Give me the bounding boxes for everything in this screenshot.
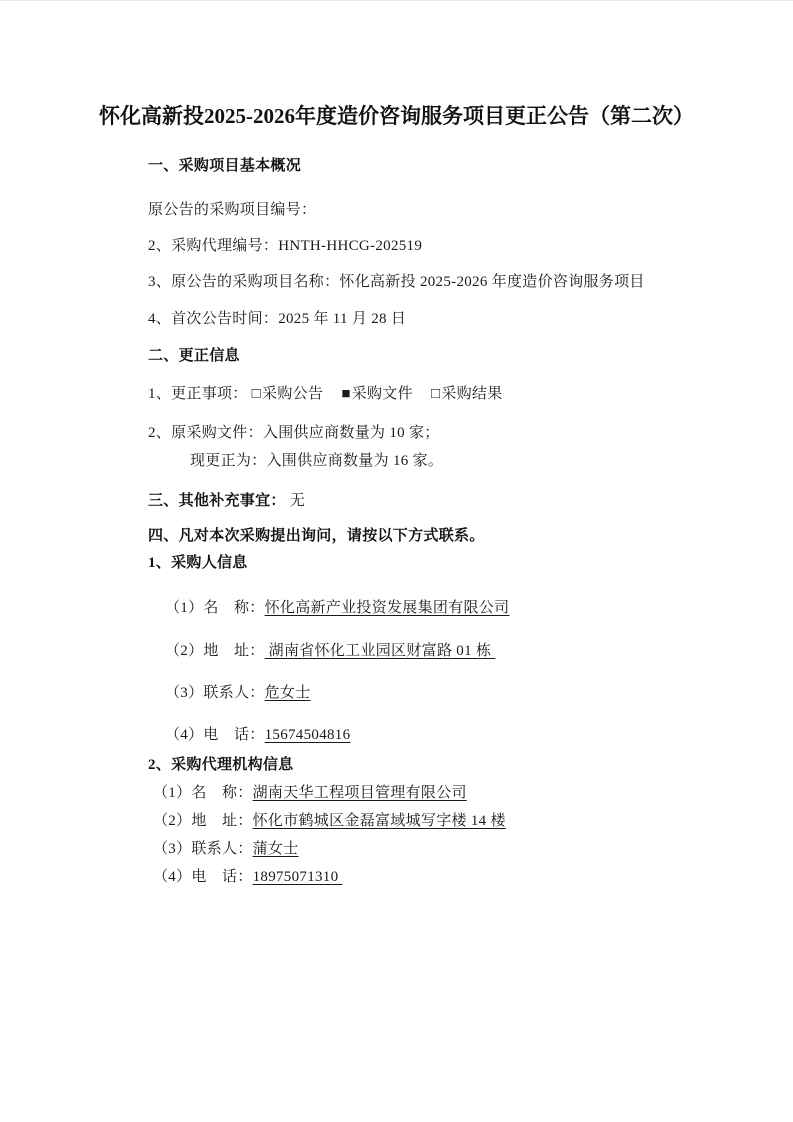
correction-option-document: ■采购文件 [341, 386, 413, 402]
agency-name-line: （1）名 称：湖南天华工程项目管理有限公司 [153, 784, 723, 802]
agency-heading: 2、采购代理机构信息 [148, 756, 723, 774]
checkbox-unchecked-icon: □ [431, 386, 440, 402]
contact-field-value: 15674504816 [265, 727, 351, 743]
original-document-line: 2、原采购文件：入围供应商数量为 10 家； [148, 424, 723, 442]
correction-items-line: 1、更正事项： □采购公告 ■采购文件 □采购结果 [148, 385, 723, 403]
section-3-heading: 三、其他补充事宜： [148, 493, 286, 509]
original-project-name-line: 3、原公告的采购项目名称：怀化高新投 2025-2026 年度造价咨询服务项目 [148, 273, 723, 291]
agency-phone-line: （4）电 话：18975071310 [153, 868, 723, 886]
contact-field-value: 湖南省怀化工业园区财富路 01 栋 [265, 643, 496, 659]
correction-option-label: 采购文件 [352, 386, 413, 402]
contact-field-value: 怀化高新产业投资发展集团有限公司 [265, 600, 510, 616]
agency-no-line: 2、采购代理编号：HNTH-HHCG-202519 [148, 237, 723, 255]
section-1-heading: 一、采购项目基本概况 [148, 157, 723, 175]
purchaser-heading: 1、采购人信息 [148, 554, 723, 572]
purchaser-contact-line: （3）联系人：危女士 [165, 684, 723, 702]
doc-title: 怀化高新投2025-2026年度造价咨询服务项目更正公告（第二次） [0, 101, 793, 131]
first-announce-date-line: 4、首次公告时间：2025 年 11 月 28 日 [148, 310, 723, 328]
contact-field-label: （1）名 称： [153, 785, 253, 801]
section-2-heading: 二、更正信息 [148, 347, 723, 365]
section-3-line: 三、其他补充事宜： 无 [148, 492, 723, 510]
contact-field-value: 危女士 [265, 685, 311, 701]
contact-field-label: （1）名 称： [165, 600, 265, 616]
contact-field-value: 湖南天华工程项目管理有限公司 [253, 785, 467, 801]
purchaser-phone-line: （4）电 话：15674504816 [165, 726, 723, 744]
purchaser-address-line: （2）地 址： 湖南省怀化工业园区财富路 01 栋 [165, 642, 723, 660]
agency-address-line: （2）地 址：怀化市鹤城区金磊富域城写字楼 14 楼 [153, 812, 723, 830]
contact-field-label: （3）联系人： [153, 841, 253, 857]
correction-option-label: 采购公告 [262, 386, 323, 402]
document-page: 怀化高新投2025-2026年度造价咨询服务项目更正公告（第二次） 一、采购项目… [0, 0, 793, 1122]
contact-field-value: 怀化市鹤城区金磊富域城写字楼 14 楼 [253, 813, 506, 829]
purchaser-name-line: （1）名 称：怀化高新产业投资发展集团有限公司 [165, 599, 723, 617]
checkbox-checked-icon: ■ [341, 386, 350, 402]
correction-items-label: 1、更正事项： [148, 386, 248, 402]
contact-field-label: （2）地 址： [165, 643, 265, 659]
doc-body: 一、采购项目基本概况 原公告的采购项目编号： 2、采购代理编号：HNTH-HHC… [148, 157, 723, 886]
section-3-value: 无 [290, 493, 305, 509]
contact-field-label: （4）电 话： [165, 727, 265, 743]
section-4-heading: 四、凡对本次采购提出询问，请按以下方式联系。 [148, 527, 723, 545]
contact-field-label: （3）联系人： [165, 685, 265, 701]
correction-option-result: □采购结果 [431, 386, 503, 402]
contact-field-value: 蒲女士 [253, 841, 299, 857]
contact-field-label: （4）电 话： [153, 869, 253, 885]
checkbox-unchecked-icon: □ [252, 386, 261, 402]
contact-field-label: （2）地 址： [153, 813, 253, 829]
correction-option-announcement: □采购公告 [252, 386, 324, 402]
corrected-document-line: 现更正为：入围供应商数量为 16 家。 [190, 452, 723, 470]
correction-option-label: 采购结果 [441, 386, 502, 402]
agency-contact-line: （3）联系人：蒲女士 [153, 840, 723, 858]
contact-field-value: 18975071310 [253, 869, 343, 885]
original-project-no-line: 原公告的采购项目编号： [148, 201, 723, 219]
